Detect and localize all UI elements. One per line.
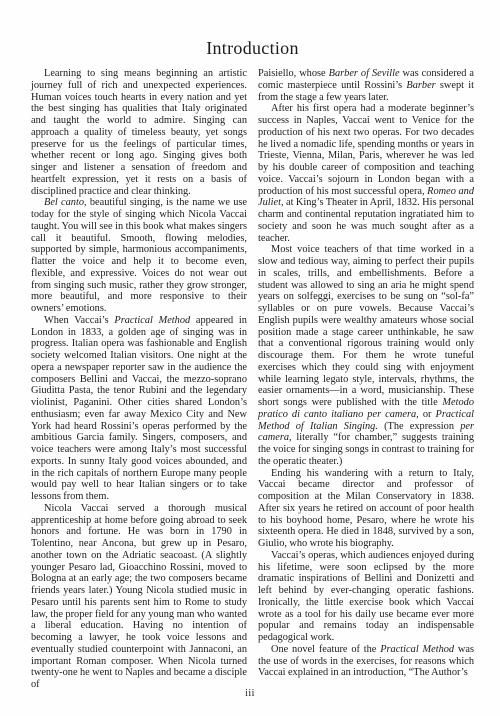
- italic-text-run: Practical Method: [114, 315, 190, 326]
- right-column: Paisiello, whose Barber of Seville was c…: [258, 68, 474, 691]
- paragraph: Vaccai’s operas, which audiences enjoyed…: [258, 550, 474, 644]
- book-page: Introduction Learning to sing means begi…: [0, 0, 500, 716]
- italic-text-run: Bel canto,: [44, 197, 87, 208]
- text-run: appeared in London in 1833, a golden age…: [31, 315, 247, 502]
- paragraph: Learning to sing means beginning an arti…: [31, 68, 247, 197]
- text-run: One novel feature of the: [271, 644, 380, 655]
- paragraph: When Vaccai’s Practical Method appeared …: [31, 315, 247, 503]
- text-run: (The expression: [378, 421, 460, 432]
- left-column: Learning to sing means beginning an arti…: [31, 68, 247, 691]
- text-run: When Vaccai’s: [44, 315, 114, 326]
- page-title: Introduction: [31, 38, 474, 59]
- text-columns: Learning to sing means beginning an arti…: [31, 68, 474, 691]
- text-run: or: [419, 409, 436, 420]
- paragraph: After his first opera had a moderate beg…: [258, 103, 474, 244]
- text-run: at King’s Theater in April, 1832. His pe…: [258, 197, 474, 243]
- text-run: beautiful singing, is the name we use to…: [31, 197, 247, 314]
- paragraph: Paisiello, whose Barber of Seville was c…: [258, 68, 474, 103]
- paragraph: Bel canto, beautiful singing, is the nam…: [31, 197, 247, 315]
- paragraph: Ending his wandering with a return to It…: [258, 468, 474, 550]
- italic-text-run: Barber of Seville: [329, 68, 400, 79]
- paragraph: Nicola Vaccai served a thorough musical …: [31, 503, 247, 691]
- paragraph: Most voice teachers of that time worked …: [258, 244, 474, 467]
- text-run: Paisiello, whose: [258, 68, 329, 79]
- page-number: iii: [0, 688, 500, 699]
- italic-text-run: Practical Method: [380, 644, 454, 655]
- text-run: Most voice teachers of that time worked …: [258, 244, 474, 408]
- text-run: After his first opera had a moderate beg…: [258, 103, 474, 196]
- paragraph: One novel feature of the Practical Metho…: [258, 644, 474, 679]
- text-run: Learning to sing means beginning an arti…: [31, 68, 247, 197]
- text-run: Ending his wandering with a return to It…: [258, 468, 474, 550]
- italic-text-run: Barber: [406, 80, 435, 91]
- text-run: Vaccai’s operas, which audiences enjoyed…: [258, 550, 474, 643]
- text-run: Nicola Vaccai served a thorough musical …: [31, 503, 247, 690]
